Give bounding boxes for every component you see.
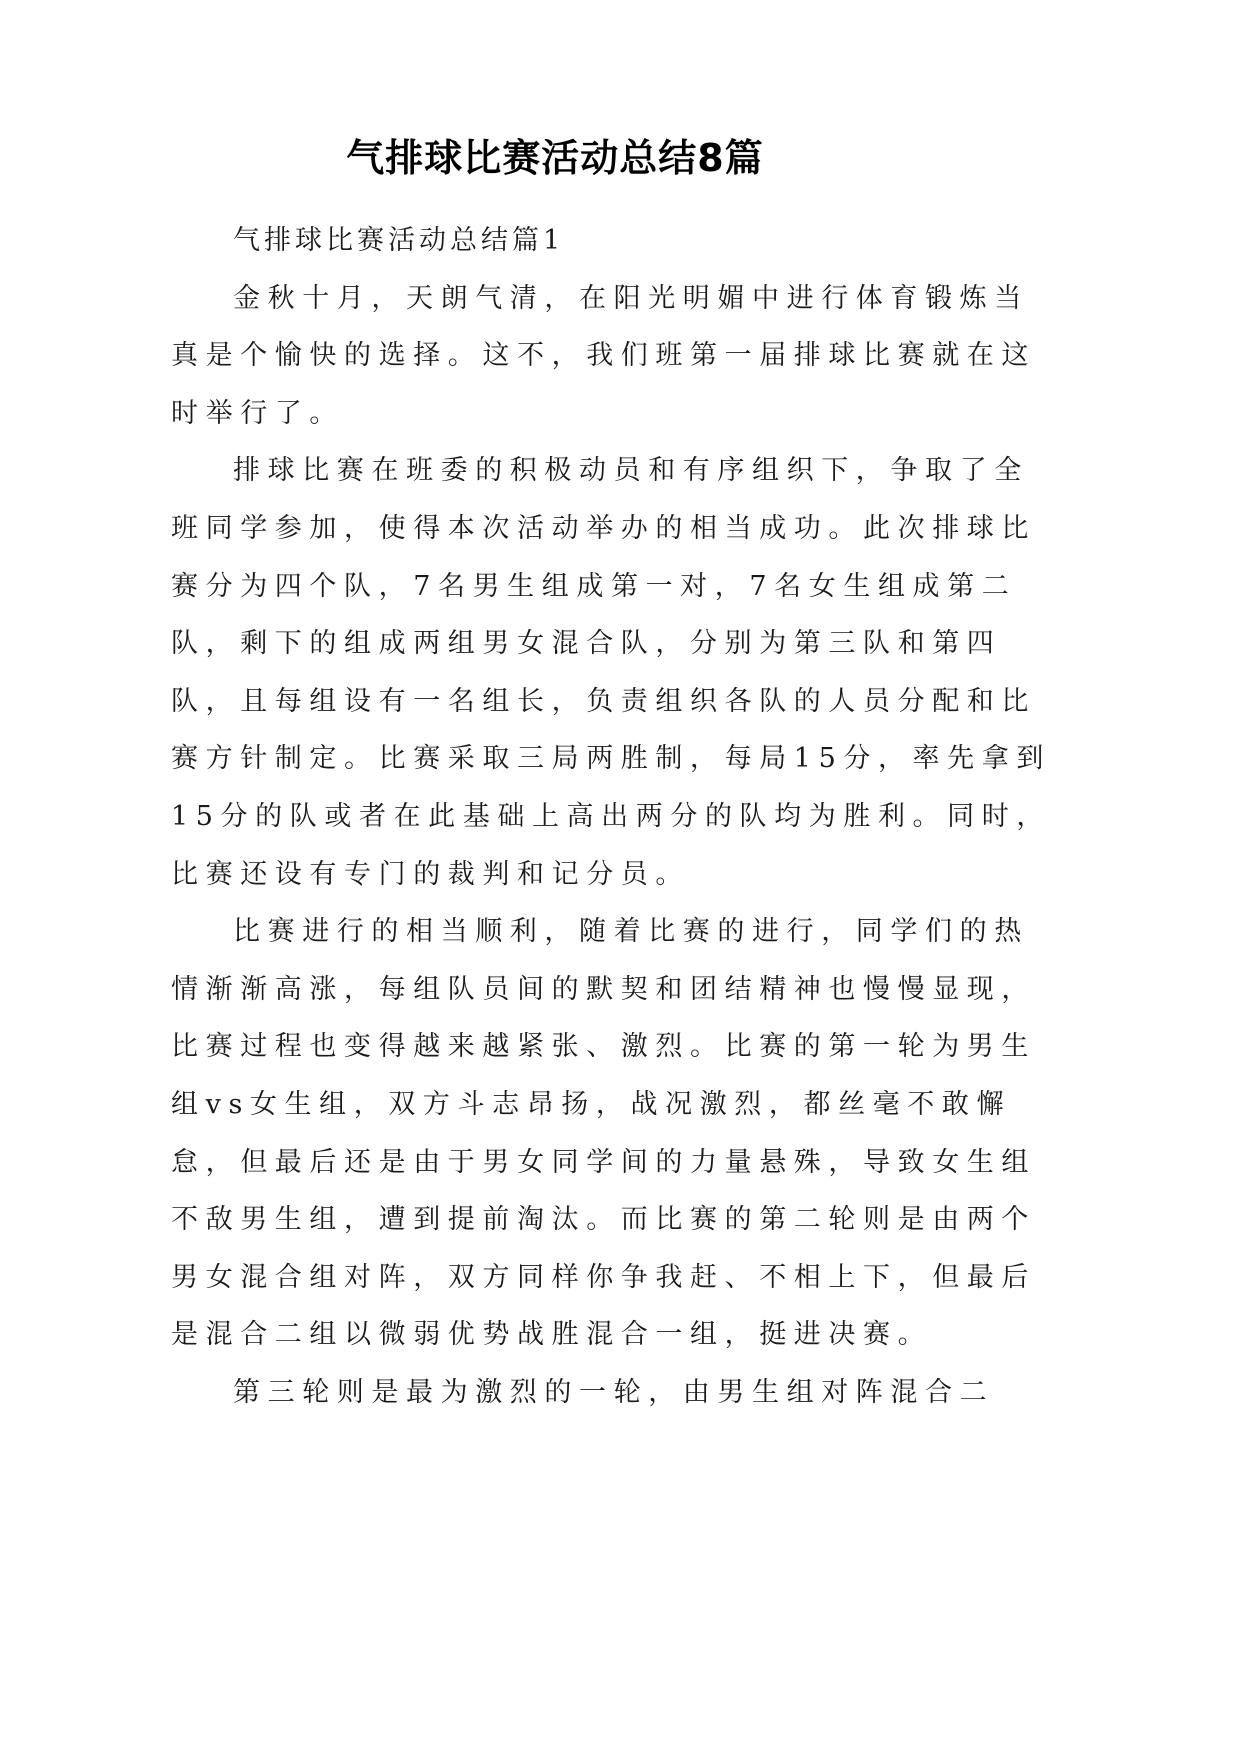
- paragraph-line: 怠，但最后还是由于男女同学间的力量悬殊，导致女生组: [171, 1134, 946, 1192]
- paragraph-line: 比赛还设有专门的裁判和记分员。: [171, 846, 946, 904]
- paragraph-line: 金秋十月，天朗气清，在阳光明媚中进行体育锻炼当: [171, 270, 946, 328]
- paragraph-line: 不敌男生组，遭到提前淘汰。而比赛的第二轮则是由两个: [171, 1191, 946, 1249]
- paragraph-line: 赛分为四个队，7名男生组成第一对，7名女生组成第二: [171, 558, 946, 616]
- paragraph-line: 是混合二组以微弱优势战胜混合一组，挺进决赛。: [171, 1306, 946, 1364]
- paragraph-4: 第三轮则是最为激烈的一轮，由男生组对阵混合二: [171, 1364, 946, 1422]
- paragraph-line: 情渐渐高涨，每组队员间的默契和团结精神也慢慢显现，: [171, 961, 946, 1019]
- paragraph-2: 排球比赛在班委的积极动员和有序组织下，争取了全 班同学参加，使得本次活动举办的相…: [171, 442, 946, 903]
- paragraph-line: 赛方针制定。比赛采取三局两胜制，每局15分，率先拿到: [171, 730, 946, 788]
- paragraph-line: 第三轮则是最为激烈的一轮，由男生组对阵混合二: [171, 1364, 946, 1422]
- section-heading: 气排球比赛活动总结篇1: [171, 212, 946, 270]
- paragraph-line: 组vs女生组，双方斗志昂扬，战况激烈，都丝毫不敢懈: [171, 1076, 946, 1134]
- paragraph-line: 队，且每组设有一名组长，负责组织各队的人员分配和比: [171, 673, 946, 731]
- paragraph-line: 排球比赛在班委的积极动员和有序组织下，争取了全: [171, 442, 946, 500]
- paragraph-3: 比赛进行的相当顺利，随着比赛的进行，同学们的热 情渐渐高涨，每组队员间的默契和团…: [171, 903, 946, 1364]
- paragraph-line: 班同学参加，使得本次活动举办的相当成功。此次排球比: [171, 500, 946, 558]
- document-title: 气排球比赛活动总结8篇: [0, 133, 1110, 183]
- paragraph-line: 时举行了。: [171, 385, 946, 443]
- paragraph-1: 金秋十月，天朗气清，在阳光明媚中进行体育锻炼当 真是个愉快的选择。这不，我们班第…: [171, 270, 946, 443]
- paragraph-line: 比赛过程也变得越来越紧张、激烈。比赛的第一轮为男生: [171, 1018, 946, 1076]
- paragraph-line: 真是个愉快的选择。这不，我们班第一届排球比赛就在这: [171, 327, 946, 385]
- paragraph-line: 比赛进行的相当顺利，随着比赛的进行，同学们的热: [171, 903, 946, 961]
- document-page: 气排球比赛活动总结8篇 气排球比赛活动总结篇1 金秋十月，天朗气清，在阳光明媚中…: [0, 0, 1240, 1753]
- document-body: 气排球比赛活动总结篇1 金秋十月，天朗气清，在阳光明媚中进行体育锻炼当 真是个愉…: [171, 212, 946, 1421]
- paragraph-line: 队，剩下的组成两组男女混合队，分别为第三队和第四: [171, 615, 946, 673]
- paragraph-line: 15分的队或者在此基础上高出两分的队均为胜利。同时，: [171, 788, 946, 846]
- paragraph-line: 男女混合组对阵，双方同样你争我赶、不相上下，但最后: [171, 1249, 946, 1307]
